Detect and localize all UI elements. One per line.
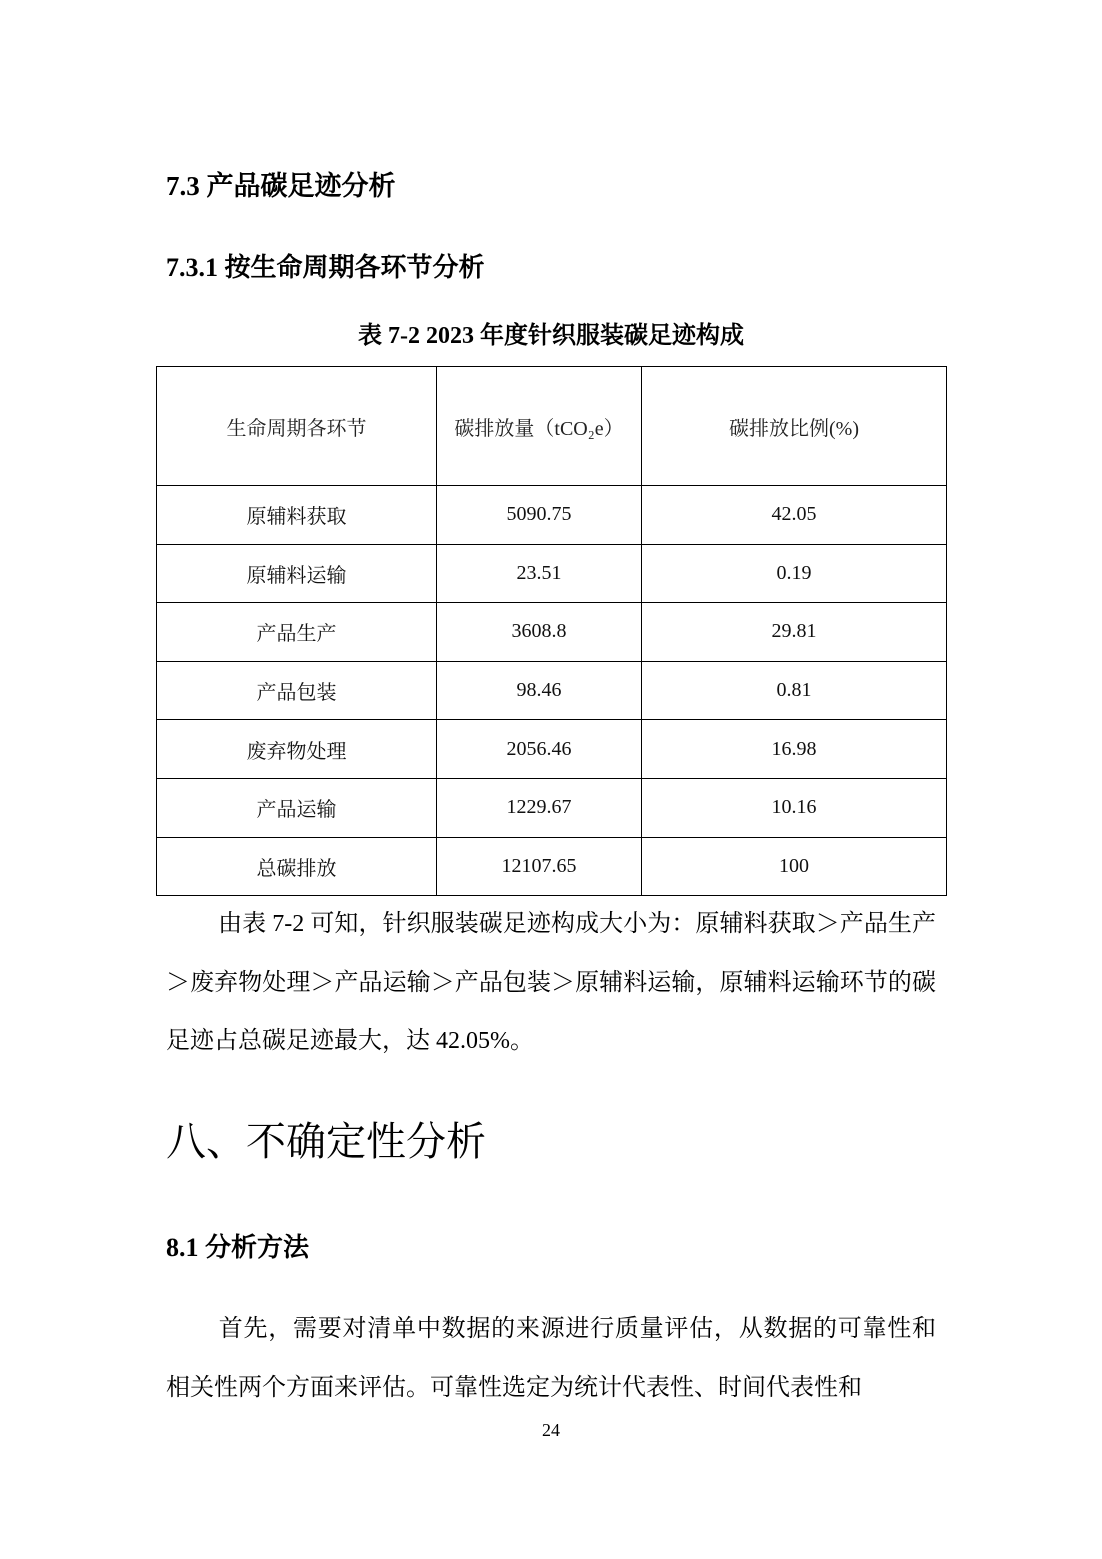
body-paragraph-table-summary: 由表 7-2 可知，针织服装碳足迹构成大小为：原辅料获取＞产品生产＞废弃物处理＞…	[166, 895, 936, 1071]
table-row: 产品生产 3608.8 29.81	[157, 603, 947, 662]
paragraph-text: 首先，需要对清单中数据的来源进行质量评估，从数据的可靠性和相关性两个方面来评估。…	[166, 1316, 936, 1401]
cell-emission: 12107.65	[437, 837, 642, 896]
table-row: 废弃物处理 2056.46 16.98	[157, 720, 947, 779]
chapter-heading: 八、不确定性分析	[166, 1112, 486, 1172]
subsection-heading: 7.3.1 按生命周期各环节分析	[166, 248, 485, 288]
chapter-subheading: 8.1 分析方法	[166, 1228, 309, 1268]
section-heading: 7.3 产品碳足迹分析	[166, 166, 396, 206]
carbon-footprint-table: 生命周期各环节 碳排放量（tCO₂e） 碳排放比例(%) 原辅料获取 5090.…	[156, 366, 947, 896]
cell-emission: 98.46	[437, 661, 642, 720]
cell-ratio: 0.19	[642, 544, 947, 603]
cell-emission: 5090.75	[437, 486, 642, 545]
cell-emission: 2056.46	[437, 720, 642, 779]
page-number: 24	[0, 1418, 1102, 1442]
cell-emission: 1229.67	[437, 778, 642, 837]
cell-stage: 产品运输	[157, 778, 437, 837]
cell-emission: 3608.8	[437, 603, 642, 662]
cell-ratio: 42.05	[642, 486, 947, 545]
header-ratio: 碳排放比例(%)	[642, 367, 947, 486]
cell-stage: 产品生产	[157, 603, 437, 662]
cell-emission: 23.51	[437, 544, 642, 603]
header-emission: 碳排放量（tCO₂e）	[437, 367, 642, 486]
table-row-total: 总碳排放 12107.65 100	[157, 837, 947, 896]
cell-stage: 产品包装	[157, 661, 437, 720]
table-header-row: 生命周期各环节 碳排放量（tCO₂e） 碳排放比例(%)	[157, 367, 947, 486]
cell-ratio: 100	[642, 837, 947, 896]
cell-stage: 废弃物处理	[157, 720, 437, 779]
cell-ratio: 10.16	[642, 778, 947, 837]
cell-ratio: 0.81	[642, 661, 947, 720]
cell-ratio: 29.81	[642, 603, 947, 662]
cell-stage: 原辅料运输	[157, 544, 437, 603]
cell-ratio: 16.98	[642, 720, 947, 779]
table-row: 产品运输 1229.67 10.16	[157, 778, 947, 837]
cell-stage: 总碳排放	[157, 837, 437, 896]
paragraph-text: 由表 7-2 可知，针织服装碳足迹构成大小为：原辅料获取＞产品生产＞废弃物处理＞…	[166, 911, 936, 1054]
table-caption: 表 7-2 2023 年度针织服装碳足迹构成	[0, 318, 1102, 354]
table-row: 产品包装 98.46 0.81	[157, 661, 947, 720]
cell-stage: 原辅料获取	[157, 486, 437, 545]
table-row: 原辅料运输 23.51 0.19	[157, 544, 947, 603]
table-row: 原辅料获取 5090.75 42.05	[157, 486, 947, 545]
body-paragraph-method: 首先，需要对清单中数据的来源进行质量评估，从数据的可靠性和相关性两个方面来评估。…	[166, 1300, 936, 1417]
header-stage: 生命周期各环节	[157, 367, 437, 486]
